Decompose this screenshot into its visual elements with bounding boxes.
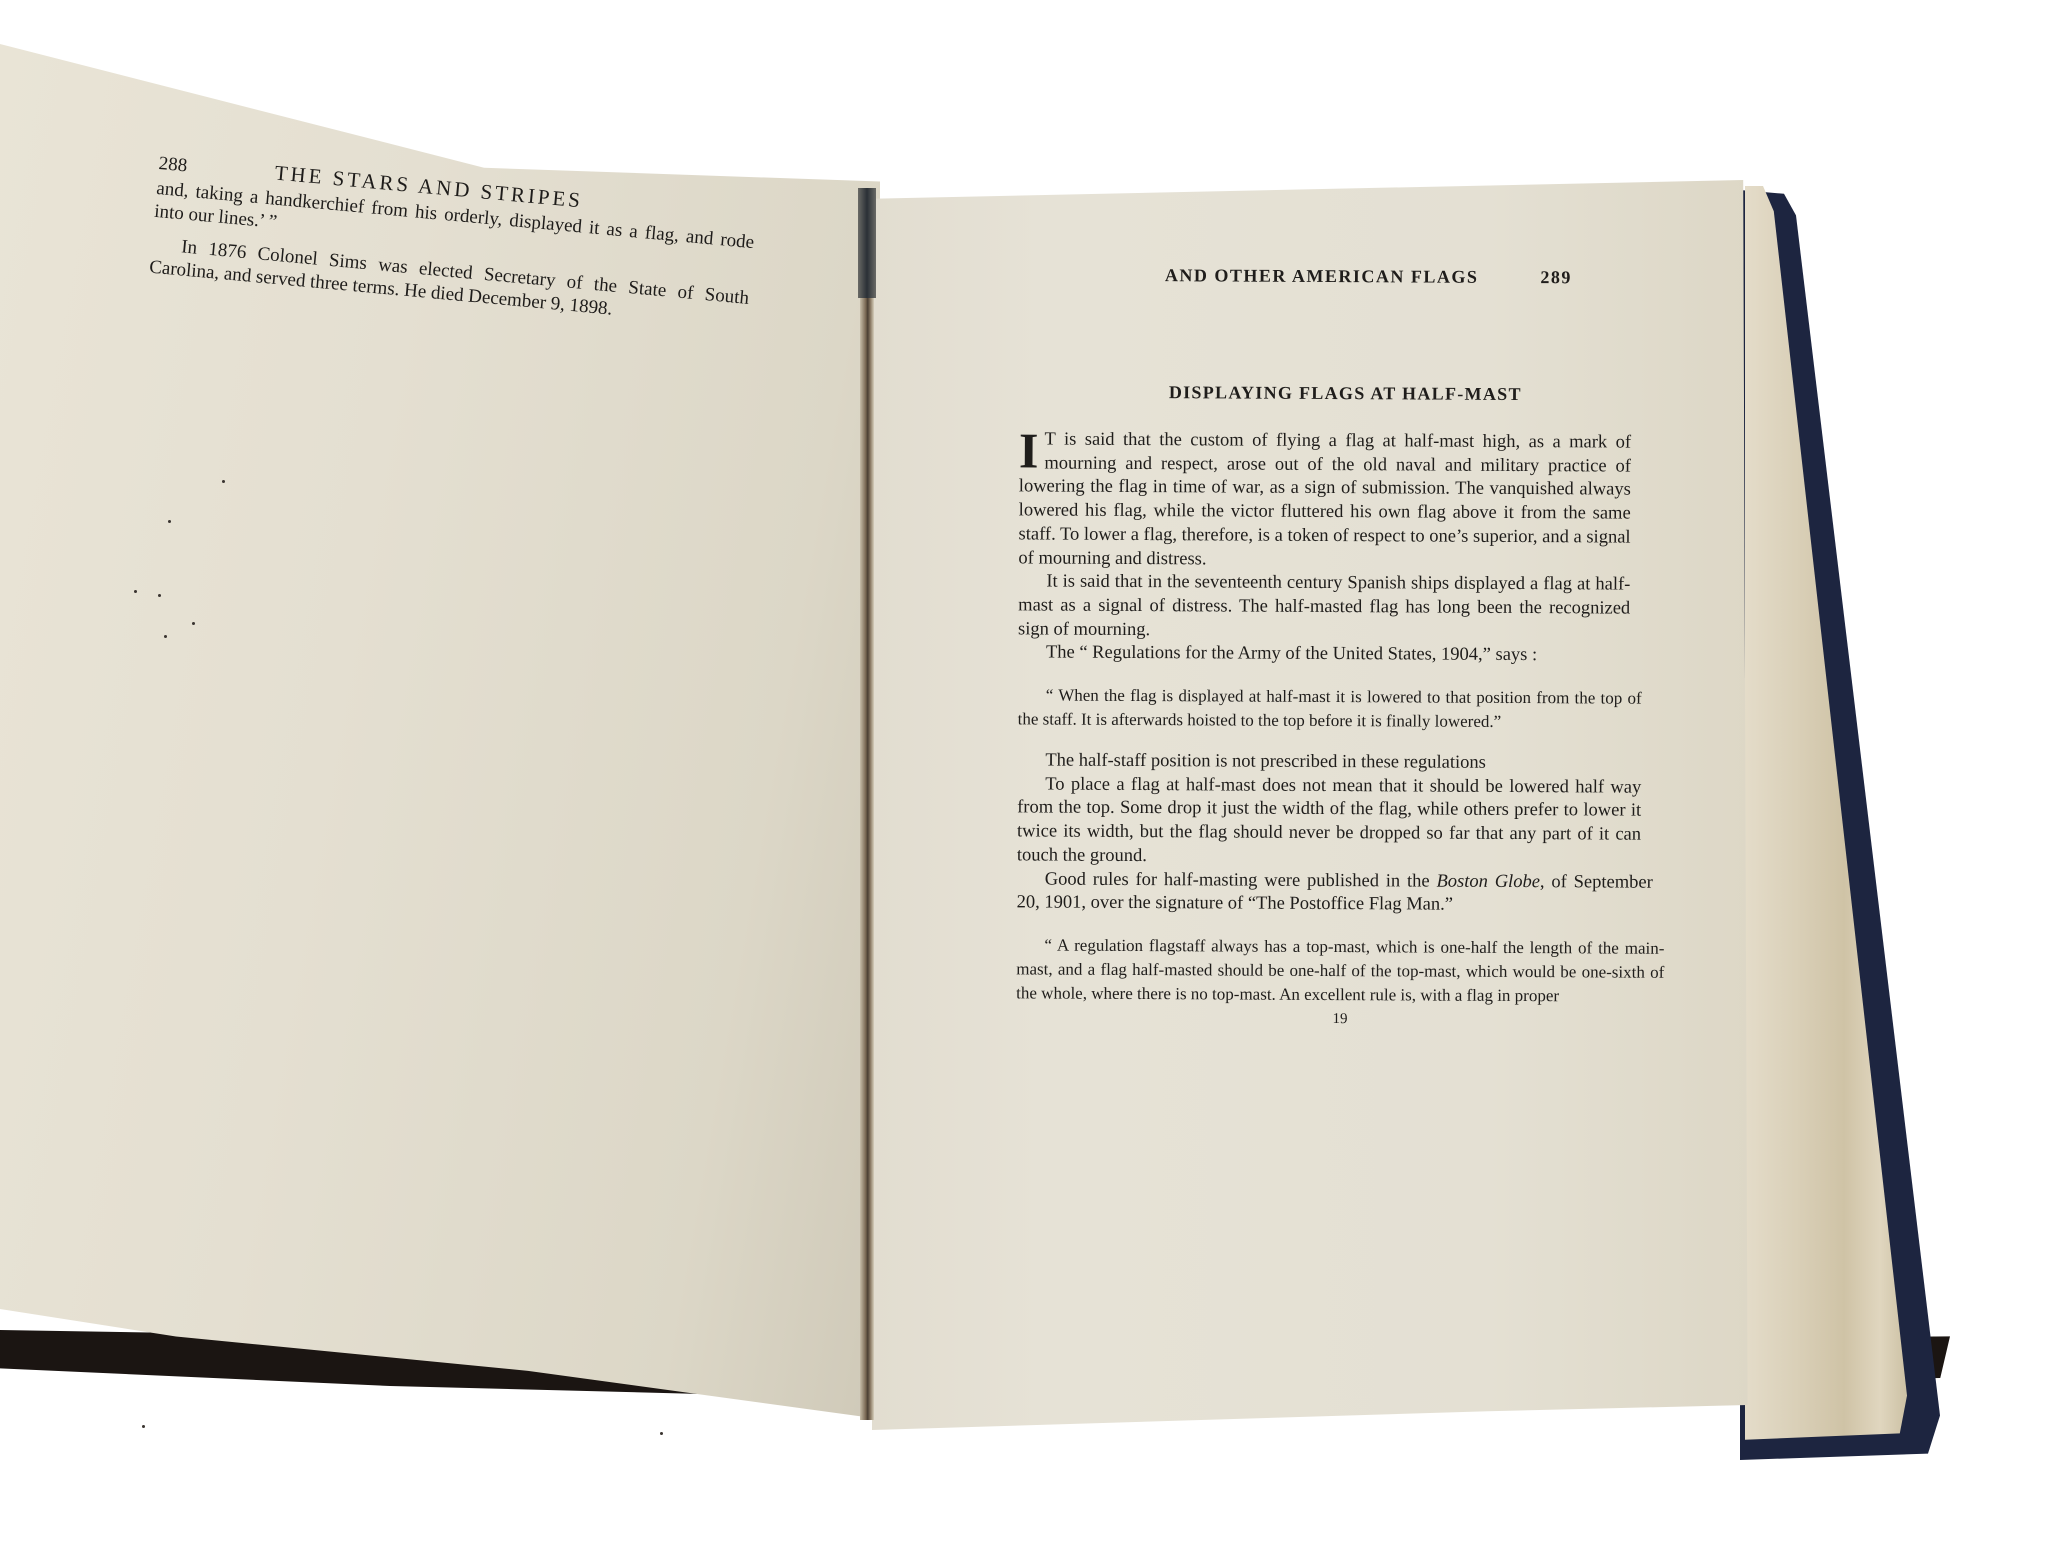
open-book-photo: 288 THE STARS AND STRIPES and, taking a …: [0, 0, 2048, 1544]
paragraph: The half-staff position is not prescribe…: [1017, 749, 1641, 776]
spine-top: [858, 188, 876, 298]
right-page-text: AND OTHER AMERICAN FLAGS 289 DISPLAYING …: [1016, 264, 1632, 1029]
block-quote: “ When the flag is displayed at half-mas…: [1018, 683, 1642, 734]
paragraph-text: Good rules for half-masting were publish…: [1045, 869, 1437, 891]
running-head-title-right: AND OTHER AMERICAN FLAGS: [1165, 265, 1479, 288]
paragraph: The “ Regulations for the Army of the Un…: [1018, 642, 1630, 669]
paragraph-text: T is said that the custom of flying a fl…: [1018, 430, 1631, 569]
right-running-head: AND OTHER AMERICAN FLAGS 289: [1100, 265, 1572, 288]
chapter-title: DISPLAYING FLAGS AT HALF-MAST: [1019, 381, 1631, 405]
page-number-left: 288: [158, 153, 188, 177]
paragraph: It is said that in the seventeenth centu…: [1018, 571, 1630, 645]
book-gutter: [860, 192, 874, 1420]
paragraph-opening: IT is said that the custom of flying a f…: [1018, 428, 1631, 573]
drop-cap: I: [1019, 430, 1039, 470]
newspaper-title: Boston Globe: [1436, 871, 1540, 892]
signature-mark: 19: [1016, 1009, 1664, 1029]
page-number-right: 289: [1540, 267, 1572, 288]
paragraph-boston-globe: Good rules for half-masting were publish…: [1017, 868, 1653, 919]
paragraph: To place a flag at half-mast does not me…: [1017, 773, 1641, 871]
block-quote: “ A regulation flagstaff always has a to…: [1016, 933, 1664, 1008]
